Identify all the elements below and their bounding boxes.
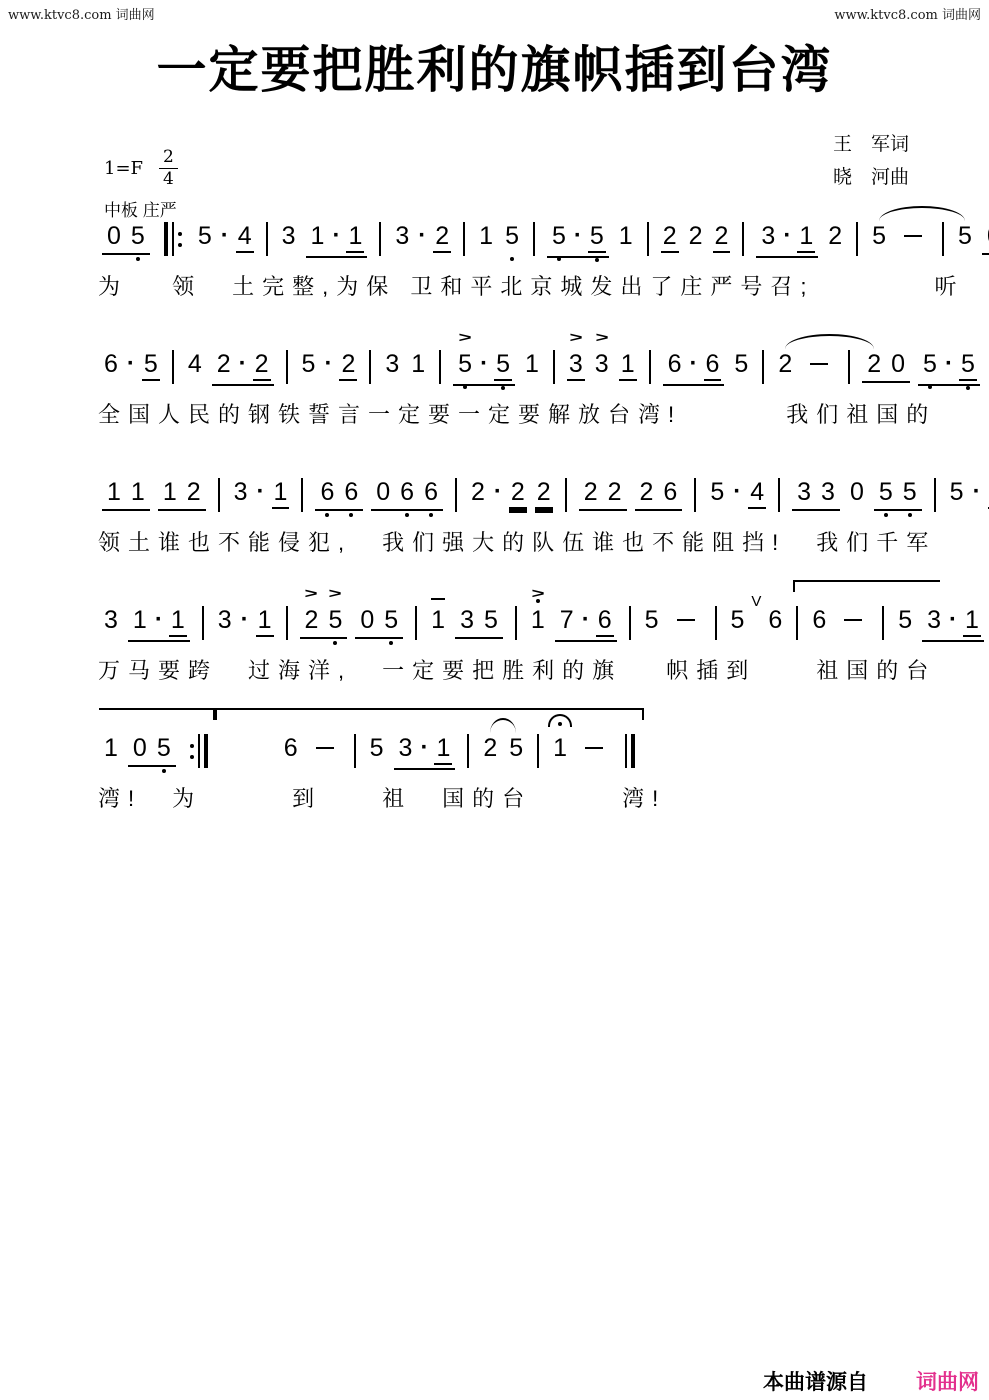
- tenuto-mark: [431, 598, 445, 600]
- barline: [379, 222, 381, 256]
- notation-row: 11123·1660662·2222265·4330555·2: [98, 478, 936, 514]
- lyrics-line: 湾! 为 到 祖 国的台 湾!: [98, 786, 936, 812]
- octave-dot-low: [884, 513, 888, 517]
- beam-group: 55: [874, 478, 922, 511]
- final-barline: [623, 734, 637, 768]
- augmentation-dot: ·: [949, 606, 957, 634]
- notation-row: 31·13·12>5>051351>7·655V6653·12: [98, 606, 936, 642]
- key-tonality: 1=F: [104, 158, 143, 179]
- note: 3: [925, 606, 943, 634]
- octave-dot-low: [557, 257, 561, 261]
- beam-group: 12: [158, 478, 206, 511]
- note: 7: [558, 606, 576, 634]
- note: 2: [826, 222, 844, 250]
- repeat-bar: [172, 222, 174, 256]
- barline: [848, 350, 850, 384]
- source-note: 本曲谱源自: [763, 1366, 868, 1396]
- note: 5: [708, 478, 726, 506]
- octave-dot-low: [908, 513, 912, 517]
- note: 1: [619, 350, 637, 381]
- augmentation-dot: ·: [418, 222, 426, 250]
- barline: [715, 606, 717, 640]
- lyrics-line: 万马要跨 过海洋, 一定要把胜利的旗 帜插到 祖国的台: [98, 658, 936, 684]
- note: 5: [896, 606, 914, 634]
- note: 5: [948, 478, 966, 506]
- augmentation-dot: ·: [257, 478, 265, 506]
- tie-slur: [879, 206, 965, 221]
- note: 1: [797, 222, 815, 253]
- fermata-dot: [558, 722, 562, 726]
- note: 1: [169, 606, 187, 637]
- note: 3: [216, 606, 234, 634]
- note: 0: [985, 222, 989, 250]
- note: 5>: [326, 606, 344, 634]
- barline: [172, 350, 174, 384]
- note: 6: [596, 606, 614, 637]
- watermark-top-left: www.ktvc8.com 词曲网: [8, 4, 155, 23]
- repeat-dots: [178, 222, 182, 256]
- accent-mark: >: [595, 331, 608, 343]
- note: 1: [429, 606, 447, 634]
- note: 5: [550, 222, 568, 250]
- augmentation-dot: ·: [783, 222, 791, 250]
- lyricist-credit: 王 军词: [833, 128, 909, 161]
- note: 1: [129, 478, 147, 506]
- augmentation-dot: ·: [324, 350, 332, 378]
- music-system: 105653·1251湾! 为 到 祖 国的台 湾!: [98, 734, 936, 812]
- barline: [629, 606, 631, 640]
- note: 6: [102, 350, 120, 378]
- beam-group: 35: [455, 606, 503, 639]
- note: 3: [397, 734, 415, 762]
- tie-slur: [785, 334, 874, 349]
- note: 2: [215, 350, 233, 378]
- augmentation-dot: ·: [239, 350, 247, 378]
- note: 2: [606, 478, 624, 506]
- beam-group: 2·2: [212, 350, 274, 386]
- octave-dot-low: [510, 257, 514, 261]
- note: 5: [142, 350, 160, 381]
- lyrics-line: 为 领 土完整,为保 卫和平北京城发出了庄严号召; 听: [98, 274, 936, 300]
- beam-group: 1·1: [128, 606, 190, 642]
- augmentation-dot: ·: [127, 350, 135, 378]
- augmentation-dot: ·: [155, 606, 163, 634]
- meter-numerator: 2: [159, 148, 178, 169]
- music-system: 055·431·13·2155·512223·125501为 领 土完整,为保 …: [98, 222, 936, 300]
- note: 6: [282, 734, 300, 762]
- note: 2: [469, 478, 487, 506]
- sustain-dash: [316, 747, 334, 749]
- octave-dot-low: [162, 769, 166, 773]
- note: 5: [588, 222, 606, 253]
- barline: [553, 350, 555, 384]
- barline: [266, 222, 268, 256]
- barline: [537, 734, 539, 768]
- beam-group: 5·5: [918, 350, 980, 386]
- note: 0: [848, 478, 866, 506]
- composer-credit: 晓 河曲: [833, 161, 909, 194]
- note: 5: [503, 222, 521, 250]
- barline: [202, 606, 204, 640]
- notation-row: 055·431·13·2155·512223·125501: [98, 222, 936, 258]
- augmentation-dot: ·: [221, 222, 229, 250]
- note: 5: [959, 350, 977, 381]
- music-system: 11123·1660662·2222265·4330555·2领土谁也不能侵犯,…: [98, 478, 936, 556]
- accent-mark: >: [329, 587, 342, 599]
- note: 5: [870, 222, 888, 250]
- note: 4: [186, 350, 204, 378]
- beam-group: 7·6: [555, 606, 617, 642]
- barline: [882, 606, 884, 640]
- barline: [439, 350, 441, 384]
- note: 3: [383, 350, 401, 378]
- barline: [694, 478, 696, 512]
- note: 5: [129, 222, 147, 250]
- score-area: 055·431·13·2155·512223·125501为 领 土完整,为保 …: [98, 222, 936, 862]
- octave-dot-low: [405, 513, 409, 517]
- note: 6: [318, 478, 336, 506]
- repeat-start: [162, 222, 184, 256]
- note: 4: [748, 478, 766, 509]
- augmentation-dot: ·: [582, 606, 590, 634]
- music-system: 31·13·12>5>051351>7·655V6653·12万马要跨 过海洋,…: [98, 606, 936, 684]
- ending-bracket: [793, 580, 940, 592]
- key-signature-block: 1=F 2 4 中板 庄严: [104, 148, 178, 221]
- sheet-music-page: www.ktvc8.com 词曲网 www.ktvc8.com 词曲网 一定要把…: [0, 0, 989, 1400]
- barline: [934, 478, 936, 512]
- repeat-bar: [204, 734, 208, 768]
- barline: [463, 222, 465, 256]
- augmentation-dot: ·: [945, 350, 953, 378]
- beam-group: 3·1: [922, 606, 984, 642]
- beam-group: 05: [355, 606, 403, 639]
- tie-slur: [490, 718, 516, 733]
- augmentation-dot: ·: [332, 222, 340, 250]
- octave-dot-low: [389, 641, 393, 645]
- accent-mark: >: [459, 331, 472, 343]
- note: 2: [433, 222, 451, 253]
- barline: [533, 222, 535, 256]
- beam-group: 20: [862, 350, 910, 383]
- note: 5: [729, 606, 747, 634]
- note: 5>: [456, 350, 474, 378]
- octave-dot-low: [136, 257, 140, 261]
- note: 5: [368, 734, 386, 762]
- beam-group: 5·5: [547, 222, 609, 258]
- beam-group: 26: [635, 478, 683, 511]
- note: 5: [155, 734, 173, 762]
- credits-block: 王 军词 晓 河曲: [833, 128, 909, 194]
- barline: [515, 606, 517, 640]
- lyrics-line: 全国人民的钢铁誓言一定要一定要解放台湾! 我们祖国的: [98, 402, 936, 428]
- note: 1>: [529, 606, 547, 634]
- note: 5: [921, 350, 939, 378]
- note: 1: [434, 734, 452, 765]
- barline: [796, 606, 798, 640]
- note: 3>: [593, 350, 611, 378]
- note: 6: [661, 478, 679, 506]
- note: 3>: [567, 350, 585, 381]
- note: 3: [819, 478, 837, 506]
- note: 3: [280, 222, 298, 250]
- beam-group: 2>5>: [300, 606, 348, 639]
- note: 2: [339, 350, 357, 381]
- note: 2: [481, 734, 499, 762]
- spacer: [218, 734, 278, 735]
- augmentation-dot: ·: [494, 478, 502, 506]
- beam-group: 5>·5: [453, 350, 515, 386]
- barline: [354, 734, 356, 768]
- note: 5: [956, 222, 974, 250]
- barline: [301, 478, 303, 512]
- repeat-dot: [178, 243, 182, 247]
- octave-dot-low: [349, 513, 353, 517]
- note: 3: [393, 222, 411, 250]
- note: 1: [477, 222, 495, 250]
- repeat-dot: [190, 744, 194, 748]
- note: 2: [185, 478, 203, 506]
- note: 5: [901, 478, 919, 506]
- note: 2: [713, 222, 731, 253]
- barline: [742, 222, 744, 256]
- note: 5: [196, 222, 214, 250]
- notation-row: 105653·1251: [98, 734, 568, 770]
- note: 1: [131, 606, 149, 634]
- note: 2: [582, 478, 600, 506]
- sustain-dash: [844, 619, 862, 621]
- sustain-dash: [585, 747, 603, 749]
- beam-group: 01: [982, 222, 989, 255]
- augmentation-dot: ·: [480, 350, 488, 378]
- music-system: 6·542·25·2315>·513>3>16·652205·51·11全国人民…: [98, 350, 936, 428]
- note: 2: [535, 478, 553, 509]
- octave-dot-low: [966, 386, 970, 390]
- ending-bracket: [215, 708, 644, 720]
- sustain-dash: [677, 619, 695, 621]
- note: 1: [161, 478, 179, 506]
- tempo-marking: 中板 庄严: [104, 196, 178, 221]
- lyrics-line: 领土谁也不能侵犯, 我们强大的队伍谁也不能阻挡! 我们千军: [98, 530, 936, 556]
- beam-group: 066: [371, 478, 443, 511]
- note: 2: [865, 350, 883, 378]
- beam-group: 33: [792, 478, 840, 511]
- note: 6: [704, 350, 722, 381]
- augmentation-dot: ·: [420, 734, 428, 762]
- note: 5: [877, 478, 895, 506]
- note: 2: [638, 478, 656, 506]
- breath-mark: V: [751, 594, 761, 609]
- barline: [565, 478, 567, 512]
- note: 2: [509, 478, 527, 509]
- barline: [415, 606, 417, 640]
- note: 2: [661, 222, 679, 253]
- barline: [455, 478, 457, 512]
- repeat-bar: [198, 734, 200, 768]
- brand-link[interactable]: 词曲网: [916, 1366, 979, 1396]
- bar: [625, 734, 627, 768]
- note: 0: [889, 350, 907, 378]
- repeat-end: [188, 734, 210, 768]
- note: 0: [131, 734, 149, 762]
- octave-dot-low: [333, 641, 337, 645]
- note: 2: [253, 350, 271, 381]
- bar: [631, 734, 635, 768]
- note: 3: [795, 478, 813, 506]
- watermark-top-right: www.ktvc8.com 词曲网: [834, 4, 981, 23]
- octave-dot-low: [928, 385, 932, 389]
- note: 1: [963, 606, 981, 637]
- note: 1: [105, 478, 123, 506]
- note: 6: [666, 350, 684, 378]
- sustain-dash: [904, 235, 922, 237]
- note: 5: [482, 606, 500, 634]
- note: 3: [458, 606, 476, 634]
- beam-group: 11: [102, 478, 150, 511]
- barline: [467, 734, 469, 768]
- octave-dot-low: [429, 513, 433, 517]
- note: 2: [687, 222, 705, 250]
- note: 4: [236, 222, 254, 253]
- note: 5: [732, 350, 750, 378]
- ending-bracket: [99, 708, 215, 720]
- note: 5: [507, 734, 525, 762]
- note: 6: [398, 478, 416, 506]
- sustain-dash: [810, 363, 828, 365]
- note: 0: [374, 478, 392, 506]
- barline: [649, 350, 651, 384]
- time-signature: 2 4: [159, 148, 178, 189]
- augmentation-dot: ·: [690, 350, 698, 378]
- note: 1: [617, 222, 635, 250]
- note: 1: [256, 606, 274, 637]
- note: 6: [422, 478, 440, 506]
- accent-mark: >: [531, 587, 544, 599]
- barline: [286, 606, 288, 640]
- meter-denominator: 4: [163, 169, 174, 189]
- barline: [369, 350, 371, 384]
- note: 5: [300, 350, 318, 378]
- augmentation-dot: ·: [574, 222, 582, 250]
- note: 6: [342, 478, 360, 506]
- note: 1: [346, 222, 364, 253]
- note: 1: [409, 350, 427, 378]
- note: 3: [759, 222, 777, 250]
- note: 5: [494, 350, 512, 381]
- beam-group: 6·6: [663, 350, 725, 386]
- beam-group: 3·1: [394, 734, 456, 770]
- barline: [218, 478, 220, 512]
- repeat-dots: [190, 734, 194, 768]
- note: 1: [309, 222, 327, 250]
- barline: [856, 222, 858, 256]
- note: 5: [643, 606, 661, 634]
- augmentation-dot: ·: [733, 478, 741, 506]
- notation-row: 6·542·25·2315>·513>3>16·652205·51·11: [98, 350, 936, 386]
- note: 2>: [303, 606, 321, 634]
- note: 0: [105, 222, 123, 250]
- note: 5: [382, 606, 400, 634]
- beam-group: 1·1: [306, 222, 368, 258]
- note: 1: [551, 734, 569, 762]
- octave-dot-low: [595, 258, 599, 262]
- octave-dot-low: [325, 513, 329, 517]
- beam-group: 05: [102, 222, 150, 255]
- note: 6: [766, 606, 784, 634]
- augmentation-dot: ·: [241, 606, 249, 634]
- barline: [762, 350, 764, 384]
- barline: [942, 222, 944, 256]
- note: 3: [102, 606, 120, 634]
- beam-group: 05: [128, 734, 176, 767]
- augmentation-dot: ·: [973, 478, 981, 506]
- note: 1: [272, 478, 290, 509]
- barline: [647, 222, 649, 256]
- song-title: 一定要把胜利的旗帜插到台湾: [0, 30, 989, 102]
- note: 2: [776, 350, 794, 378]
- octave-dot-low: [463, 385, 467, 389]
- note: 1: [102, 734, 120, 762]
- beam-group: 66: [315, 478, 363, 511]
- octave-dot-low: [501, 386, 505, 390]
- repeat-bar: [164, 222, 168, 256]
- footer: 本曲谱源自 词曲网: [763, 1366, 979, 1396]
- note: 0: [358, 606, 376, 634]
- note: 1: [523, 350, 541, 378]
- barline: [286, 350, 288, 384]
- accent-mark: >: [569, 331, 582, 343]
- barline: [778, 478, 780, 512]
- note: 6: [810, 606, 828, 634]
- beam-group: 3·1: [756, 222, 818, 258]
- repeat-dot: [190, 755, 194, 759]
- accent-mark: >: [305, 587, 318, 599]
- repeat-dot: [178, 232, 182, 236]
- key-and-meter: 1=F 2 4: [104, 148, 178, 189]
- note: 3: [232, 478, 250, 506]
- beam-group: 22: [579, 478, 627, 511]
